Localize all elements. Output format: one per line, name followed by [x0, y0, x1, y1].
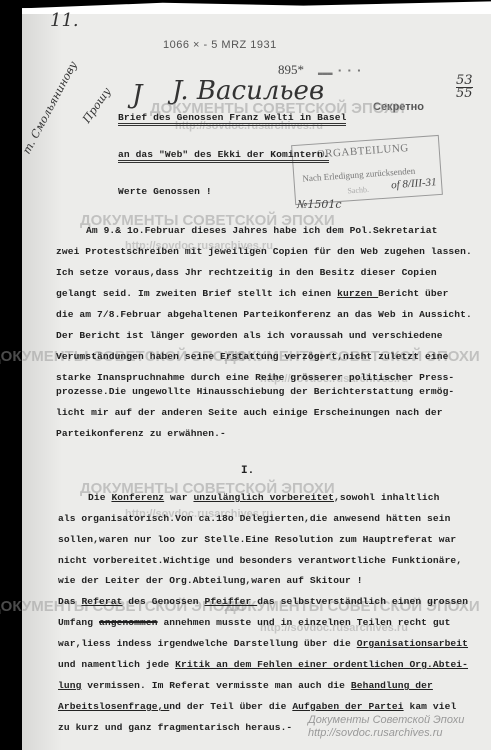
text-line: Die Konferenz war unzulänglich vorbereit… — [88, 492, 439, 503]
text-line: wie der Leiter der Org.Abteilung,waren a… — [58, 575, 363, 586]
document-addressee: an das "Web" des Ekki der Komintern. — [118, 149, 329, 163]
footer-watermark: Документы Советской Эпохи http://sovdoc.… — [308, 714, 464, 740]
text-line: Ich setze voraus,dass Jhr rechtzeitig in… — [56, 267, 437, 278]
orgabteilung-stamp: ORGABTEILUNG Nach Erledigung zurücksende… — [291, 135, 443, 205]
stamp-handwritten-date: of 8/III-31 — [391, 176, 437, 191]
document-title: Brief des Genossen Franz Welti in Basel — [118, 112, 346, 126]
footer-watermark-title: Документы Советской Эпохи — [308, 714, 464, 727]
footer-watermark-url: http://sovdoc.rusarchives.ru — [308, 727, 464, 740]
stamp-sachb: Sachb. — [347, 185, 369, 195]
text-line: zwei Protestschreiben mit jeweiligen Cop… — [56, 246, 472, 257]
faded-stamp-text: ▂▂▂ ▪ ▪ ▪ — [318, 66, 361, 76]
paper-torn-edge — [22, 0, 491, 14]
text-line: gelangt seid. Im zweiten Brief stellt ic… — [56, 288, 448, 299]
text-line: licht mir auf der anderen Seite auch ein… — [56, 407, 443, 418]
date-stamp: 1066 × - 5 MRZ 1931 — [163, 39, 277, 51]
text-line: war,liess indess irgendwelche Darstellun… — [58, 638, 468, 649]
handwritten-initial: J — [132, 80, 142, 110]
text-line: Parteikonferenz zu erwähnen.- — [56, 428, 226, 439]
scan-black-border — [0, 0, 24, 750]
stamp-title: ORGABTEILUNG — [316, 142, 409, 160]
section-number: I. — [241, 465, 254, 477]
text-line: Das Referat des Genossen Pfeiffer das se… — [58, 596, 468, 607]
text-line: Am 9.& 1o.Februar dieses Jahres habe ich… — [86, 225, 437, 236]
text-line: lung vermissen. Im Referat vermisste man… — [58, 680, 433, 691]
text-line: starke Inanspruchnahme durch eine Reihe … — [56, 372, 454, 383]
folio-number: 53 55 — [456, 75, 473, 100]
text-line: zu kurz und ganz fragmentarisch heraus.- — [58, 722, 292, 733]
text-line: Der Bericht ist länger geworden als ich … — [56, 330, 443, 341]
text-line: prozesse.Die ungewollte Hinausschiebung … — [56, 386, 454, 397]
corner-mark: 11. — [50, 10, 79, 31]
registration-number: №1501c — [297, 198, 342, 211]
text-line: nicht vorbereitet.Wichtige und besonders… — [58, 555, 462, 566]
text-line: als organisatorisch.Von ca.18o Delegiert… — [58, 513, 450, 524]
text-line: sollen,waren nur loo zur Stelle.Eine Res… — [58, 534, 456, 545]
text-line: die am 7/8.Februar abgehaltenen Parteiko… — [56, 309, 472, 320]
text-line: Verumständungen haben seine Erstattung v… — [56, 351, 448, 362]
folio-bottom: 55 — [456, 88, 473, 100]
text-line: Umfang angenommen annehmen musste und in… — [58, 617, 450, 628]
salutation: Werte Genossen ! — [118, 186, 212, 197]
text-line: Arbeitslosenfrage,und der Teil über die … — [58, 701, 456, 712]
text-line: und namentlich jede Kritik an dem Fehlen… — [58, 659, 468, 670]
